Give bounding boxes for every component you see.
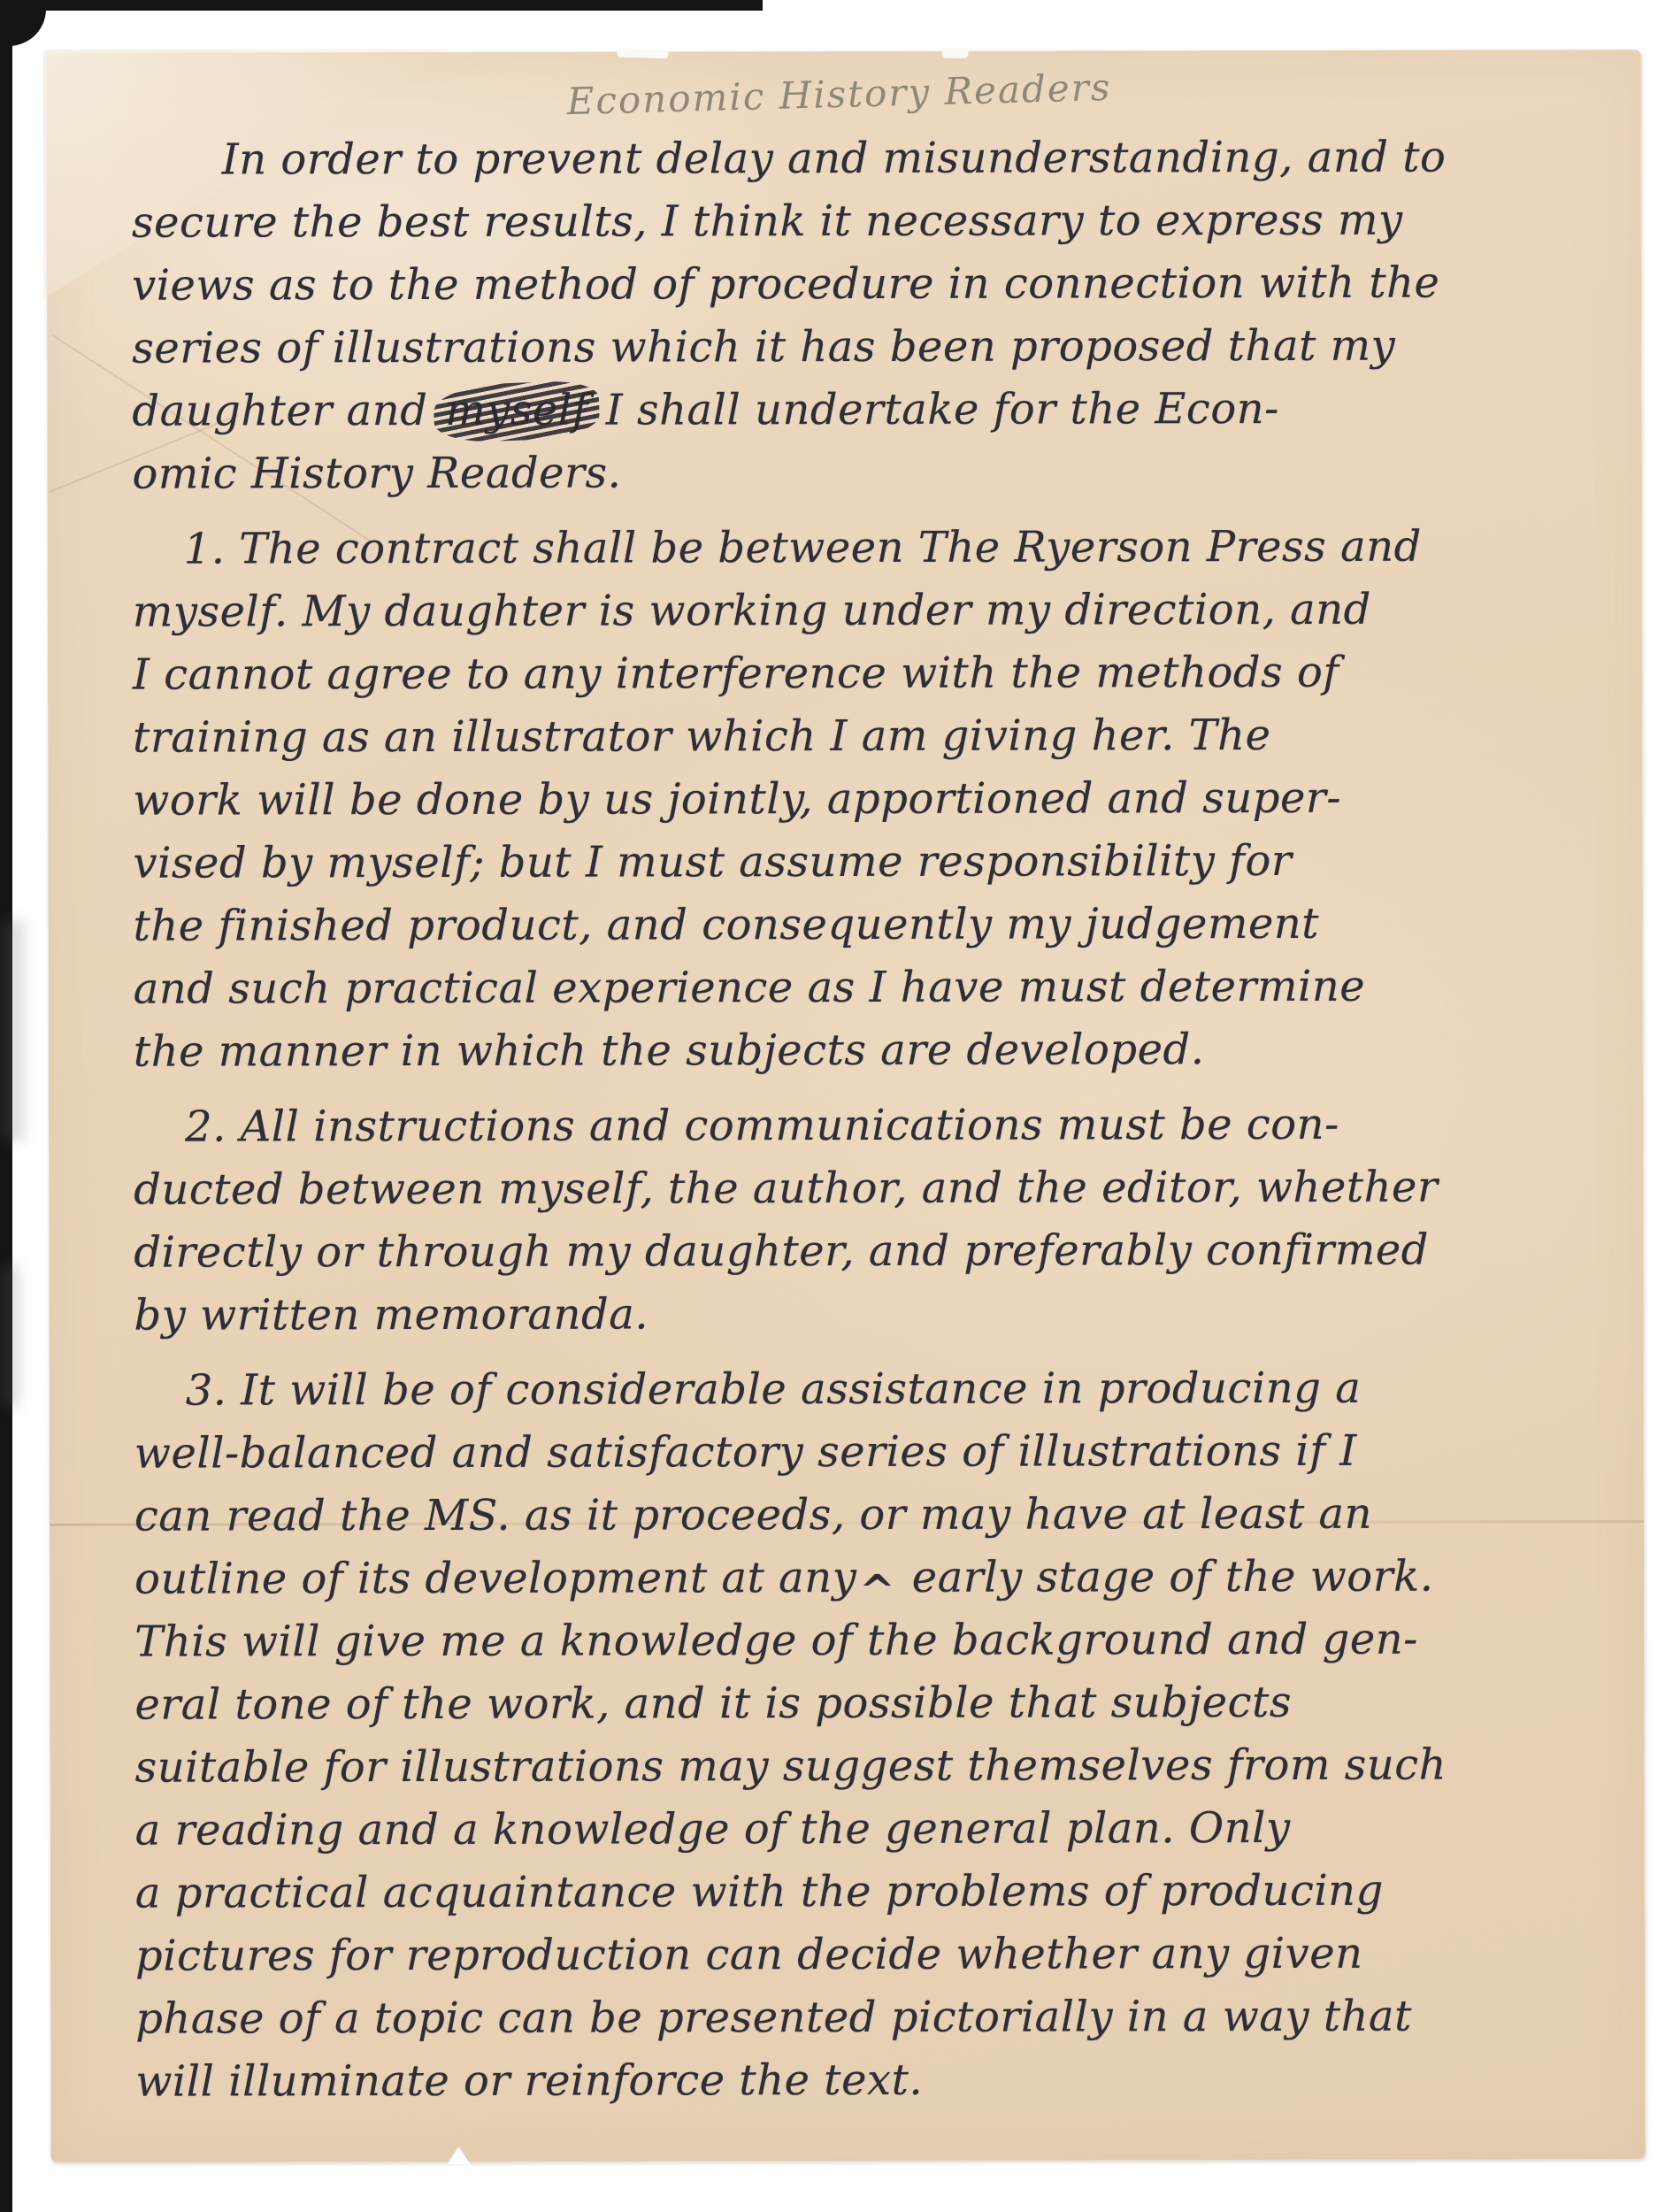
letter-line: vised by myself; but I must assume respo… <box>133 829 1589 895</box>
letter-text: suitable for illustrations may suggest t… <box>135 1740 1447 1793</box>
letter-line: daughter and myself I shall undertake fo… <box>132 377 1588 442</box>
paper-edge-nick <box>941 48 968 58</box>
letter-line: eral tone of the work, and it is possibl… <box>134 1671 1591 1736</box>
letter-line: views as to the method of procedure in c… <box>132 251 1588 317</box>
letter-line: directly or through my daughter, and pre… <box>134 1218 1590 1284</box>
letter-line: outline of its development at any^ early… <box>134 1545 1591 1610</box>
paper-edge-nick <box>617 49 668 59</box>
letter-text: ducted between myself, the author, and t… <box>134 1163 1438 1215</box>
letter-line: a reading and a knowledge of the general… <box>135 1796 1592 1862</box>
letter-text: by written memoranda. <box>134 1289 648 1340</box>
letter-text: a reading and a knowledge of the general… <box>135 1803 1291 1855</box>
letter-line: training as an illustrator which I am gi… <box>133 703 1589 769</box>
letter-text: secure the best results, I think it nece… <box>132 196 1403 248</box>
letter-text: In order to prevent delay and misunderst… <box>222 133 1447 185</box>
letter-line: the manner in which the subjects are dev… <box>134 1018 1590 1083</box>
letter-text: vised by myself; but I must assume respo… <box>133 836 1292 888</box>
letter-text: series of illustrations which it has bee… <box>132 321 1395 373</box>
letter-text: omic History Readers. <box>132 449 621 499</box>
letter-line: a practical acquaintance with the proble… <box>135 1859 1592 1924</box>
letter-line: In order to prevent delay and misunderst… <box>132 126 1588 191</box>
letter-line: 3. It will be of considerable assistance… <box>134 1356 1591 1422</box>
letter-text: early stage of the work. <box>898 1552 1434 1602</box>
letter-paper: Economic History Readers In order to pre… <box>47 50 1646 2162</box>
scribbled-out-word: myself <box>441 380 592 442</box>
insertion-caret: ^ <box>859 1560 895 1623</box>
scan-smudge <box>2 920 25 1141</box>
letter-text: myself. My daughter is working under my … <box>133 585 1371 637</box>
letter-line: pictures for reproduction can decide whe… <box>135 1922 1592 1987</box>
letter-text: 2. All instructions and communications m… <box>185 1100 1339 1152</box>
letter-line: suitable for illustrations may suggest t… <box>134 1733 1591 1799</box>
letter-text: work will be done by us jointly, apporti… <box>133 773 1341 826</box>
letter-text: This will give me a knowledge of the bac… <box>134 1615 1418 1667</box>
letter-text: a practical acquaintance with the proble… <box>135 1866 1384 1918</box>
letter-line: omic History Readers. <box>132 440 1588 505</box>
letter-line: will illuminate or reinforce the text. <box>135 2047 1592 2113</box>
letter-line: I cannot agree to any interference with … <box>133 641 1589 706</box>
letter-line: and such practical experience as I have … <box>134 955 1590 1020</box>
letter-line: work will be done by us jointly, apporti… <box>133 766 1589 832</box>
letter-line: by written memoranda. <box>134 1281 1590 1347</box>
scanner-edge-top <box>0 0 763 11</box>
letter-text: can read the MS. as it proceeds, or may … <box>134 1489 1372 1541</box>
letter-body: In order to prevent delay and misunderst… <box>132 126 1592 2113</box>
letter-text: pictures for reproduction can decide whe… <box>135 1929 1363 1981</box>
letter-line: myself. My daughter is working under my … <box>133 578 1589 643</box>
letter-text: phase of a topic can be presented pictor… <box>135 1992 1412 2044</box>
letter-text: will illuminate or reinforce the text. <box>135 2055 923 2107</box>
letter-text: the finished product, and consequently m… <box>134 899 1320 951</box>
letter-text: I cannot agree to any interference with … <box>133 648 1339 700</box>
paper-bottom-notch <box>447 2147 470 2164</box>
letter-text: training as an illustrator which I am gi… <box>133 710 1270 763</box>
pencil-heading: Economic History Readers <box>566 65 1112 123</box>
letter-text: I shall undertake for the Econ- <box>592 384 1279 435</box>
letter-line: phase of a topic can be presented pictor… <box>135 1985 1592 2050</box>
scan-smudge <box>2 1265 19 1407</box>
letter-line: ducted between myself, the author, and t… <box>134 1156 1590 1221</box>
letter-text: views as to the method of procedure in c… <box>132 258 1439 311</box>
letter-line: the finished product, and consequently m… <box>133 892 1589 957</box>
letter-text: 1. The contract shall be between The Rye… <box>184 522 1422 574</box>
letter-text: eral tone of the work, and it is possibl… <box>134 1678 1292 1730</box>
letter-text: well-balanced and satisfactory series of… <box>134 1426 1357 1479</box>
letter-text: directly or through my daughter, and pre… <box>134 1225 1429 1278</box>
letter-text: 3. It will be of considerable assistance… <box>186 1363 1362 1416</box>
letter-text: and such practical experience as I have … <box>134 962 1366 1014</box>
letter-text: outline of its development at any <box>134 1553 856 1604</box>
letter-line: 1. The contract shall be between The Rye… <box>133 515 1589 580</box>
letter-line: secure the best results, I think it nece… <box>132 188 1588 254</box>
letter-text: daughter and <box>132 386 441 436</box>
letter-text: the manner in which the subjects are dev… <box>134 1025 1205 1077</box>
letter-line: can read the MS. as it proceeds, or may … <box>134 1482 1591 1548</box>
letter-line: 2. All instructions and communications m… <box>134 1093 1590 1158</box>
scanner-edge-corner <box>0 0 46 46</box>
letter-line: well-balanced and satisfactory series of… <box>134 1419 1591 1485</box>
letter-line: series of illustrations which it has bee… <box>132 314 1588 380</box>
